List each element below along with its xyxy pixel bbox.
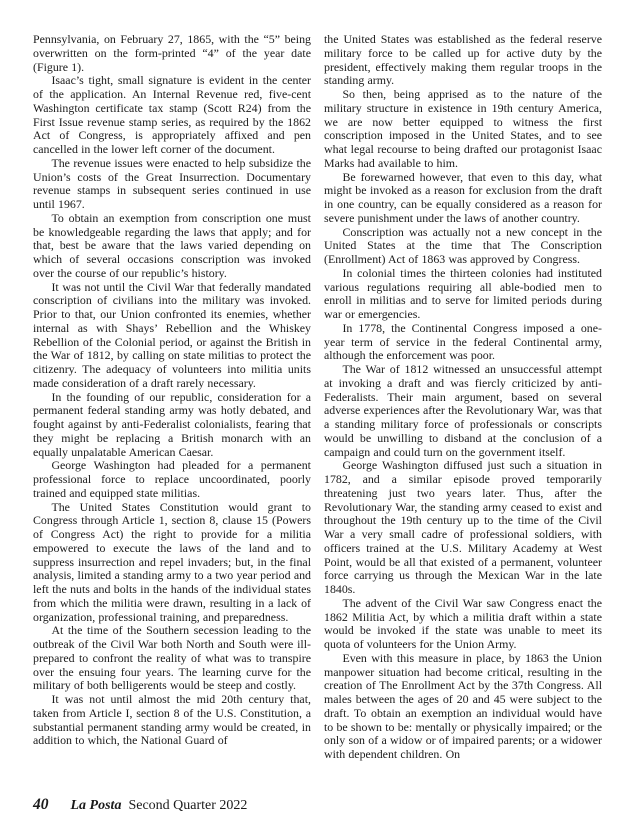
left-column: Pennsylvania, on February 27, 1865, with…	[33, 33, 311, 790]
paragraph: It was not until the Civil War that fede…	[33, 281, 311, 391]
paragraph: Pennsylvania, on February 27, 1865, with…	[33, 33, 311, 74]
right-column: the United States was established as the…	[324, 33, 602, 790]
paragraph: It was not until almost the mid 20th cen…	[33, 693, 311, 748]
document-page: Pennsylvania, on February 27, 1865, with…	[0, 0, 635, 827]
journal-title: La Posta	[71, 798, 122, 814]
paragraph: So then, being apprised as to the nature…	[324, 88, 602, 171]
paragraph: the United States was established as the…	[324, 33, 602, 88]
paragraph: Isaac’s tight, small signature is eviden…	[33, 74, 311, 157]
two-column-text-body: Pennsylvania, on February 27, 1865, with…	[33, 33, 602, 790]
paragraph: Even with this measure in place, by 1863…	[324, 652, 602, 762]
paragraph: At the time of the Southern secession le…	[33, 624, 311, 693]
paragraph: The War of 1812 witnessed an unsuccessfu…	[324, 363, 602, 459]
paragraph: George Washington had pleaded for a perm…	[33, 459, 311, 500]
paragraph: In 1778, the Continental Congress impose…	[324, 322, 602, 363]
paragraph: The revenue issues were enacted to help …	[33, 157, 311, 212]
page-number: 40	[33, 796, 49, 814]
paragraph: Be forewarned however, that even to this…	[324, 171, 602, 226]
paragraph: In colonial times the thirteen colonies …	[324, 267, 602, 322]
paragraph: Conscription was actually not a new conc…	[324, 226, 602, 267]
paragraph: George Washington diffused just such a s…	[324, 459, 602, 597]
paragraph: The United States Constitution would gra…	[33, 501, 311, 625]
paragraph: The advent of the Civil War saw Congress…	[324, 597, 602, 652]
paragraph: In the founding of our republic, conside…	[33, 391, 311, 460]
issue-label: Second Quarter 2022	[128, 798, 247, 814]
paragraph: To obtain an exemption from conscription…	[33, 212, 311, 281]
page-footer: 40 La Posta Second Quarter 2022	[33, 796, 247, 814]
